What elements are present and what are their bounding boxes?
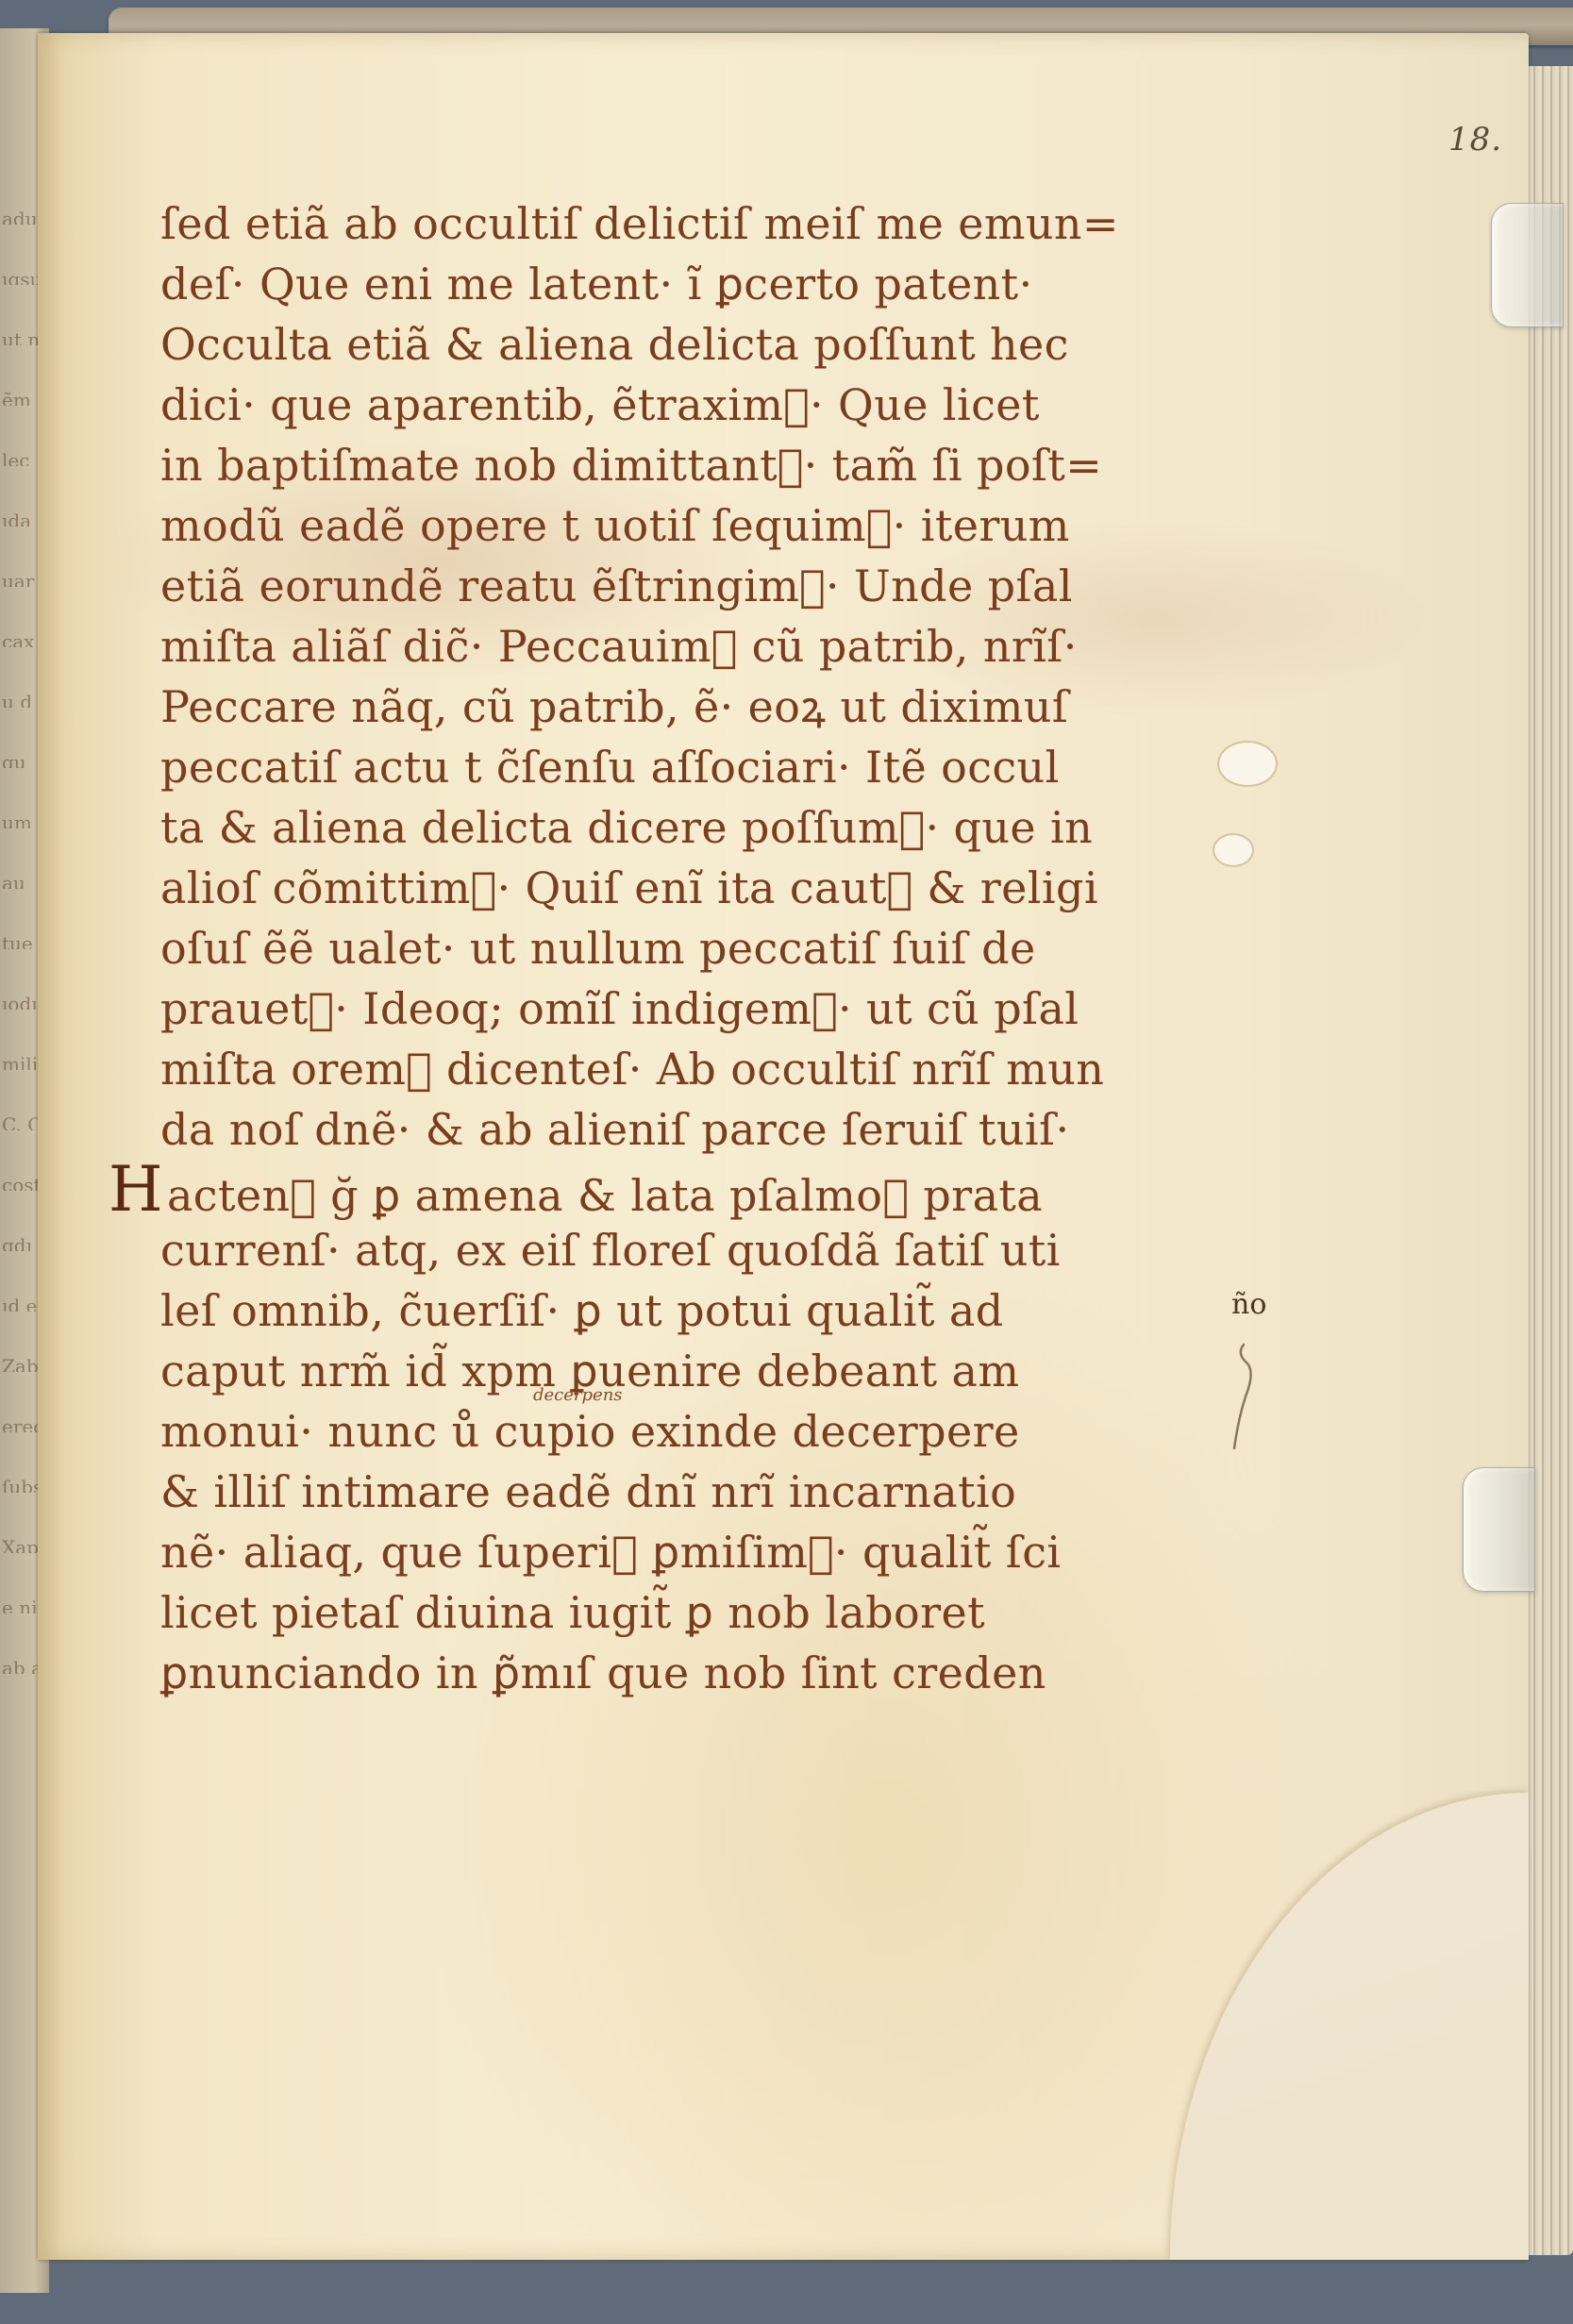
text-line: oſuſ ẽẽ ualet· ut nullum peccatiſ ſuiſ d… (160, 918, 1255, 978)
page-stack-edge (1521, 66, 1573, 2255)
text-line: deſ· Que eni me latent· ı̃ ꝑcerto patent… (160, 254, 1255, 314)
text-line: da noſ dnẽ· & ab alieniſ parce ſeruiſ tu… (160, 1099, 1255, 1160)
text-line: miſta orem᷒ dicenteſ· Ab occultiſ nrĩſ m… (160, 1039, 1255, 1099)
text-line: dici· que aparentib, ẽtraxim᷒· Que licet (160, 375, 1255, 435)
text-line: ꝑnunciando in ꝑ̃mıſ que nob ſint creden (160, 1643, 1255, 1703)
text-line: leſ omnib, c̃uerſiſ· ꝑ ut potui qualit̃ … (160, 1280, 1255, 1341)
folio-number: 18. (1448, 121, 1502, 159)
decorated-initial: H (109, 1153, 163, 1226)
text-line: monui· nunc ů cupio exinde decerpere (160, 1401, 1255, 1462)
text-line: in baptiſmate nob dimittant᷑· tam̃ ſi po… (160, 435, 1255, 495)
manuscript-text-block: ſed etiã ab occultiſ delictiſ meiſ me em… (160, 193, 1255, 1703)
text-line: peccatiſ actu t c̃ſenſu aſſociari· Itẽ o… (160, 737, 1255, 797)
text-line: nẽ· aliaq, que ſuperi᷒ ꝑmiſim᷒· qualit̃ … (160, 1522, 1255, 1582)
text-line: ta & aliena delicta dicere poſſum᷒· que … (160, 797, 1255, 858)
text-line: modũ eadẽ opere t uotiſ ſequim᷑· iterum (160, 495, 1255, 556)
text-line: & illiſ intimare eadẽ dnĩ nrĩ incarnatio (160, 1462, 1255, 1522)
interlinear-gloss: decerpens (533, 1385, 623, 1405)
text-line: etiã eorundẽ reatu ẽſtringim᷑· Unde pſal (160, 556, 1255, 616)
clear-page-clip-bottom (1463, 1467, 1535, 1592)
text-line: ſed etiã ab occultiſ delictiſ meiſ me em… (160, 193, 1255, 254)
text-line: prauet᷑· Ideoq; omĩſ indigem᷒· ut cũ pſa… (160, 978, 1255, 1039)
text-line: miſta aliãſ dic̃· Peccauim᷒ cũ patrib, n… (160, 616, 1255, 677)
marginal-note: ño (1231, 1288, 1266, 1321)
clear-page-clip-top (1491, 203, 1564, 327)
text-line: Peccare nãq, cũ patrib, ẽ· eoꝝ ut diximu… (160, 677, 1255, 737)
text-line-with-initial: Hacten᷒ ğ ꝑ amena & lata pſalmoꝝ prata (109, 1160, 1255, 1220)
marginal-bracket-icon (1227, 1340, 1264, 1453)
text-line: Occulta etiã & aliena delicta poſſunt he… (160, 314, 1255, 375)
text-line: licet pietaſ diuina iugit̃ ꝑ nob laboret (160, 1582, 1255, 1643)
text-line: alioſ cõmittim᷒· Quiſ enĩ ita caut᷒ & re… (160, 858, 1255, 918)
text-line: currenſ· atq, ex eiſ floreſ quoſdã ſatiſ… (160, 1220, 1255, 1280)
text-line: caput nrm̃ id̃ xpm ꝑuenire debeant am (160, 1341, 1255, 1401)
